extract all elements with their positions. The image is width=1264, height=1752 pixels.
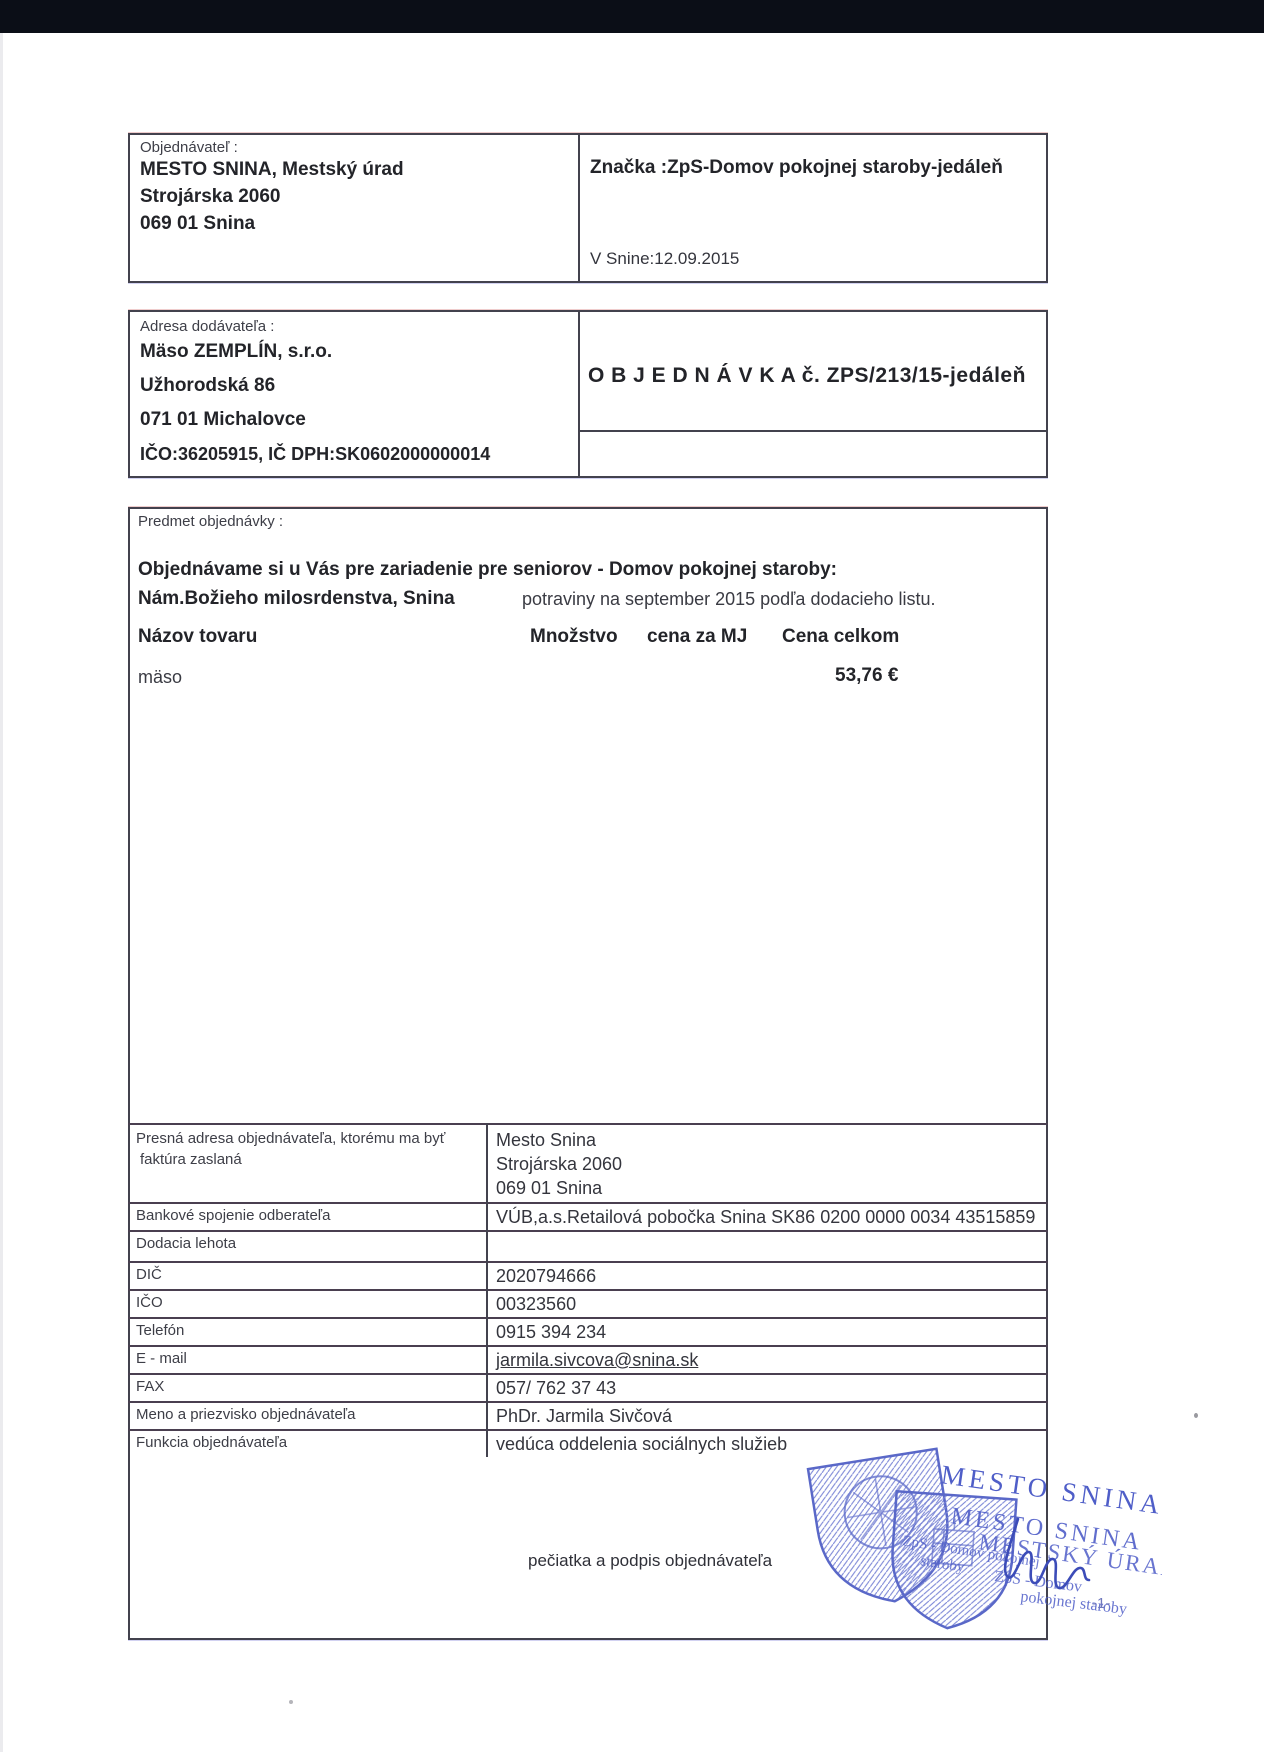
subject-line1: Objednávame si u Vás pre zariadenie pre … [138, 559, 837, 581]
orderer-function-label: Funkcia objednávateľa [128, 1430, 487, 1457]
phone-label: Telefón [128, 1318, 487, 1346]
fax-value: 057/ 762 37 43 [487, 1374, 1048, 1402]
column-header-unit-price: cena za MJ [647, 626, 747, 648]
order-body-box: Predmet objednávky : Objednávame si u Vá… [128, 507, 1048, 1640]
dic-value: 2020794666 [487, 1262, 1048, 1290]
orderer-city: 069 01 Snina [140, 210, 568, 237]
stamp-signature-caption: pečiatka a podpis objednávateľa [528, 1551, 772, 1571]
supplier-box: Adresa dodávateľa : Mäso ZEMPLÍN, s.r.o.… [128, 310, 1048, 478]
table-row: Telefón 0915 394 234 [128, 1318, 1048, 1346]
billing-details-table: Presná adresa objednávateľa, ktorému ma … [128, 1123, 1048, 1457]
scan-left-edge [0, 33, 3, 1752]
supplier-cell: Adresa dodávateľa : Mäso ZEMPLÍN, s.r.o.… [130, 312, 580, 476]
place-and-date: V Snine:12.09.2015 [590, 249, 739, 269]
supplier-label: Adresa dodávateľa : [140, 318, 568, 335]
reference-number: Značka :ZpS-Domov pokojnej staroby-jedál… [590, 157, 1036, 179]
invoice-address-value: Mesto Snina Strojárska 2060 069 01 Snina [487, 1124, 1048, 1203]
table-row: FAX 057/ 762 37 43 [128, 1374, 1048, 1402]
scan-speck [289, 1700, 293, 1704]
invoice-address-label: Presná adresa objednávateľa, ktorému ma … [128, 1124, 487, 1203]
order-title: O B J E D N Á V K A č. ZPS/213/15-jedále… [588, 364, 1026, 388]
table-row: E - mail jarmila.sivcova@snina.sk [128, 1346, 1048, 1374]
scan-top-band [0, 0, 1264, 33]
orderer-street: Strojárska 2060 [140, 183, 568, 210]
subject-line2-bold: Nám.Božieho milosrdenstva, Snina [138, 588, 455, 610]
subject-line2-rest: potraviny na september 2015 podľa dodaci… [522, 589, 936, 610]
ico-value: 00323560 [487, 1290, 1048, 1318]
table-row: Bankové spojenie odberateľa VÚB,a.s.Reta… [128, 1203, 1048, 1231]
column-header-name: Názov tovaru [138, 626, 257, 648]
table-row: Presná adresa objednávateľa, ktorému ma … [128, 1124, 1048, 1203]
supplier-city: 071 01 Michalovce [140, 403, 568, 437]
bank-value: VÚB,a.s.Retailová pobočka Snina SK86 020… [487, 1203, 1048, 1231]
ico-label: IČO [128, 1290, 487, 1318]
orderer-box: Objednávateľ : MESTO SNINA, Mestský úrad… [128, 133, 1048, 283]
table-row: IČO 00323560 [128, 1290, 1048, 1318]
delivery-term-label: Dodacia lehota [128, 1231, 487, 1262]
scanned-order-document: Objednávateľ : MESTO SNINA, Mestský úrad… [0, 0, 1264, 1752]
reference-cell: Značka :ZpS-Domov pokojnej staroby-jedál… [580, 135, 1046, 281]
subject-label: Predmet objednávky : [138, 513, 283, 530]
phone-value: 0915 394 234 [487, 1318, 1048, 1346]
table-row: DIČ 2020794666 [128, 1262, 1048, 1290]
email-value: jarmila.sivcova@snina.sk [496, 1350, 698, 1370]
dic-label: DIČ [128, 1262, 487, 1290]
table-row: Dodacia lehota [128, 1231, 1048, 1262]
orderer-cell: Objednávateľ : MESTO SNINA, Mestský úrad… [130, 135, 580, 281]
page-number: -1- [1092, 1595, 1110, 1612]
supplier-name: Mäso ZEMPLÍN, s.r.o. [140, 335, 568, 369]
scan-speck [1194, 1413, 1198, 1418]
orderer-name: MESTO SNINA, Mestský úrad [140, 156, 568, 183]
table-row: Meno a priezvisko objednávateľa PhDr. Ja… [128, 1402, 1048, 1430]
orderer-person-value: PhDr. Jarmila Sivčová [487, 1402, 1048, 1430]
supplier-ids: IČO:36205915, IČ DPH:SK0602000000014 [140, 437, 568, 471]
delivery-term-value [487, 1231, 1048, 1262]
order-cell-divider [580, 430, 1046, 432]
bank-label: Bankové spojenie odberateľa [128, 1203, 487, 1231]
supplier-street: Užhorodská 86 [140, 369, 568, 403]
email-label: E - mail [128, 1346, 487, 1374]
order-number-cell: O B J E D N Á V K A č. ZPS/213/15-jedále… [580, 312, 1046, 476]
item-name: mäso [138, 667, 182, 688]
item-total-price: 53,76 € [835, 665, 898, 687]
fax-label: FAX [128, 1374, 487, 1402]
column-header-qty: Množstvo [530, 626, 618, 648]
column-header-total: Cena celkom [782, 626, 899, 648]
orderer-label: Objednávateľ : [140, 139, 568, 156]
orderer-person-label: Meno a priezvisko objednávateľa [128, 1402, 487, 1430]
